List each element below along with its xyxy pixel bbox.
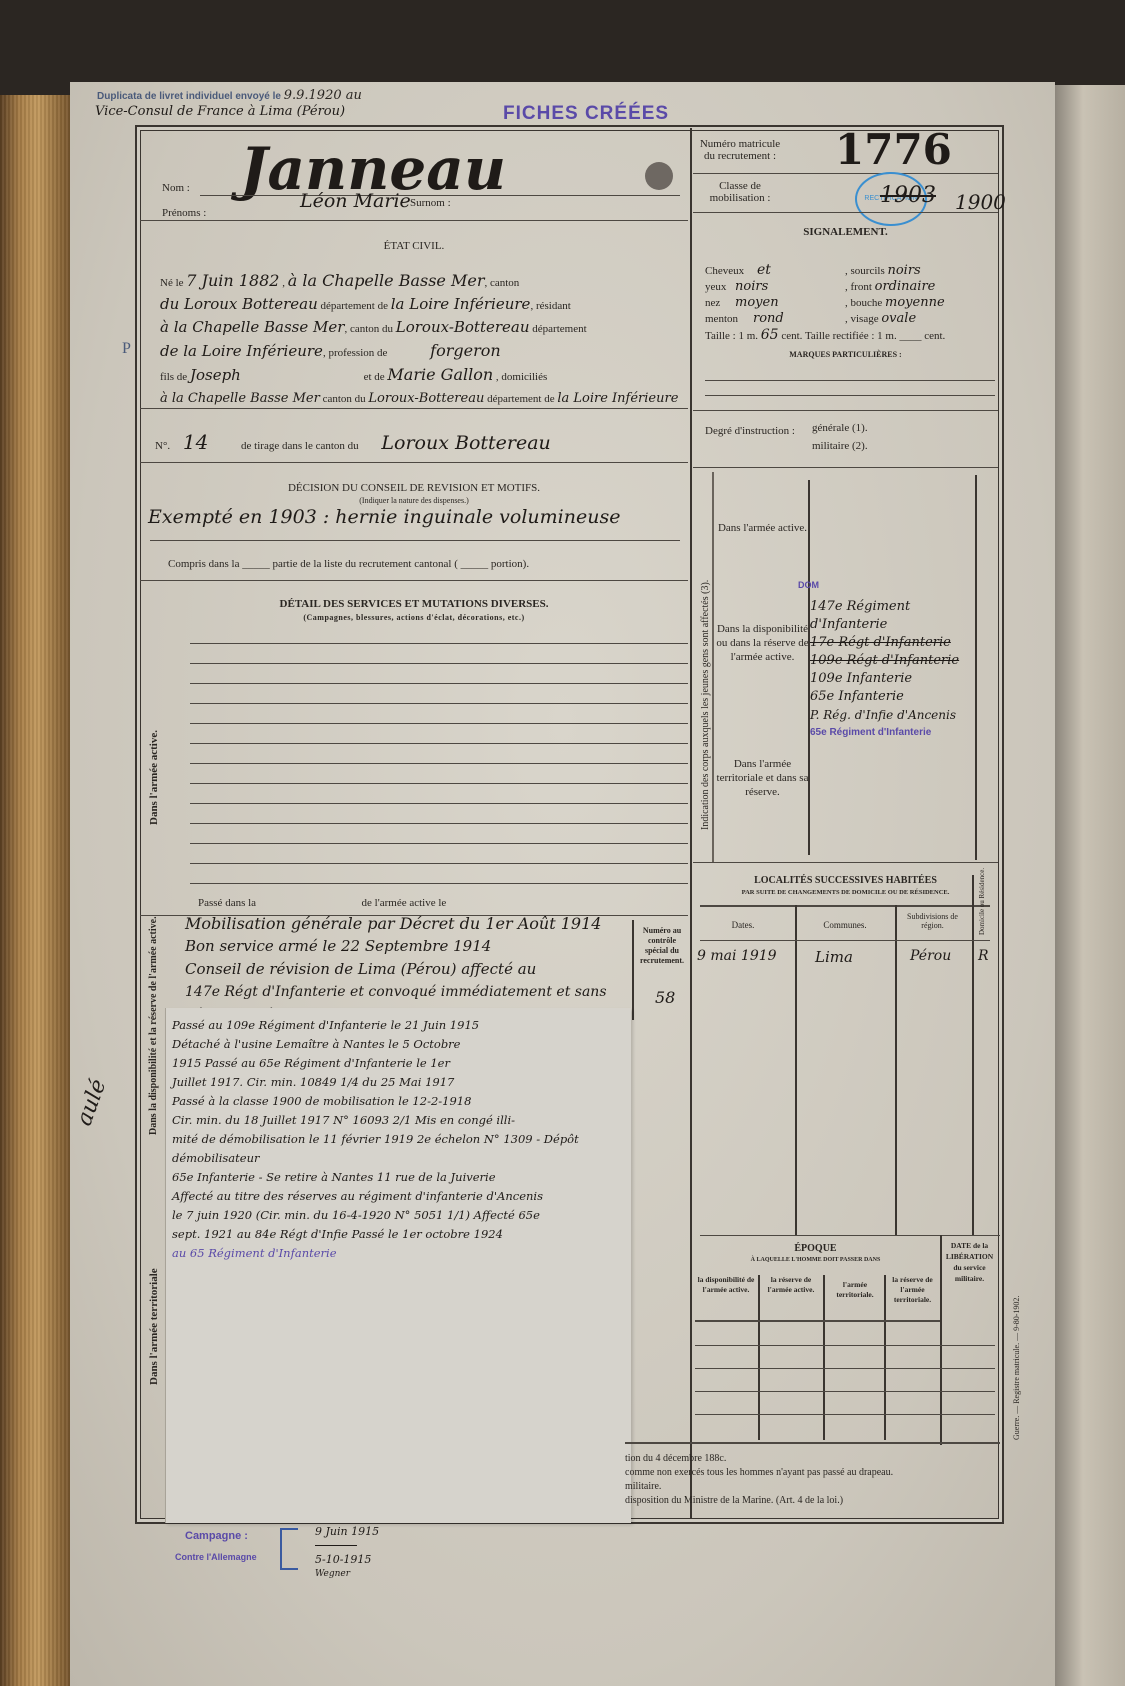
book-edge-left <box>0 95 75 1686</box>
epoque-title: ÉPOQUE <box>693 1243 938 1254</box>
epoque-col-territoriale: l'armée territoriale. <box>825 1280 885 1300</box>
signalement-title: SIGNALEMENT. <box>693 226 998 238</box>
birth-departement: la Loire Inférieure <box>391 295 531 313</box>
epoque-subtitle: À LAQUELLE L'HOMME DOIT PASSER DANS <box>693 1257 938 1263</box>
localites-title: LOCALITÉS SUCCESSIVES HABITÉES <box>693 875 998 886</box>
col-communes: Communes. <box>795 920 895 930</box>
slip-entry: 1915 Passé au 65e Régiment d'Infanterie … <box>172 1054 625 1073</box>
parents-departement: la Loire Inférieure <box>557 391 678 406</box>
side-label-active: Dans l'armée active. <box>148 730 160 825</box>
slip-entry: sept. 1921 au 84e Régt d'Infie Passé le … <box>172 1225 625 1244</box>
printer-imprint: Guerre. — Registre matricule. — 9-80-190… <box>1012 1296 1021 1440</box>
residence-departement: de la Loire Inférieure <box>160 342 323 360</box>
slip-entry: Détaché à l'usine Lemaître à Nantes le 5… <box>172 1035 625 1054</box>
side-label-territoriale: Dans l'armée territoriale <box>148 1268 160 1385</box>
yeux-value: noirs <box>735 279 845 295</box>
profession: forgeron <box>430 341 501 360</box>
front-value: ordinaire <box>875 279 936 294</box>
slip-entry: Passé au 109e Régiment d'Infanterie le 2… <box>172 1016 625 1035</box>
services-title: DÉTAIL DES SERVICES ET MUTATIONS DIVERSE… <box>140 598 688 610</box>
attached-slip: Passé au 109e Régiment d'Infanterie le 2… <box>165 1008 631 1523</box>
parents-residence: à la Chapelle Basse Mer <box>160 391 320 406</box>
footnote: comme non exercés tous les hommes n'ayan… <box>625 1466 893 1480</box>
duplicate-note-printed: Duplicata de livret individuel envoyé le <box>97 91 281 102</box>
father-name: Joseph <box>190 366 241 384</box>
campagne-value: Contre l'Allemagne <box>175 1552 257 1562</box>
tirage-line: N°. 14 de tirage dans le canton du Lorou… <box>155 430 551 454</box>
decision-subtitle: (Indiquer la nature des dispenses.) <box>140 496 688 505</box>
sourcils-value: noirs <box>887 263 920 278</box>
etat-civil-block: Né le 7 Juin 1882 , à la Chapelle Basse … <box>160 270 685 410</box>
passe-line: Passé dans la de l'armée active le <box>198 897 446 909</box>
signalement-block: Cheveuxet, sourcils noirs yeuxnoirs, fro… <box>705 262 995 344</box>
surnom-label: Surnom : <box>410 197 451 209</box>
matricule-value: 1776 <box>835 125 952 174</box>
footnote: tion du 4 décembre 188c. <box>625 1452 893 1466</box>
services-subtitle: (Campagnes, blessures, actions d'éclat, … <box>140 613 688 622</box>
campagne-label: Campagne : <box>185 1530 248 1542</box>
etat-civil-title: ÉTAT CIVIL. <box>140 240 688 252</box>
decision-value: Exempté en 1903 : hernie inguinale volum… <box>148 506 620 528</box>
slip-entry: Juillet 1917. Cir. min. 10849 1/4 du 25 … <box>172 1073 625 1092</box>
footnote: militaire. <box>625 1480 893 1494</box>
dom-stamp: DOM <box>798 580 819 590</box>
birth-date: 7 Juin 1882 <box>186 271 279 290</box>
slip-entry: le 7 juin 1920 (Cir. min. du 16-4-1920 N… <box>172 1206 625 1225</box>
nez-value: moyen <box>735 295 845 311</box>
nom-label: Nom : <box>162 182 190 194</box>
prenoms-value: Léon Marie <box>300 190 411 212</box>
epoque-col-reserve-territoriale: la réserve de l'armée territoriale. <box>885 1275 940 1305</box>
footnote: disposition du Ministre de la Marine. (A… <box>625 1494 893 1508</box>
taille-value: 65 <box>761 327 779 343</box>
reserve-entry: P. Rég. d'Infie d'Ancenis <box>810 706 980 724</box>
col-dates: Dates. <box>693 920 793 930</box>
localite-date: 9 mai 1919 <box>697 948 777 964</box>
instruction-generale: générale (1). <box>812 422 868 434</box>
affectations-side-label: Indication des corps auxquels les jeunes… <box>700 580 711 830</box>
tirage-number: 14 <box>183 430 208 454</box>
epoque-col-disponibilite: la disponibilité de l'armée active. <box>695 1275 757 1295</box>
bouche-value: moyenne <box>885 295 945 310</box>
slip-entries: Passé au 109e Régiment d'Infanterie le 2… <box>166 1008 631 1271</box>
book-edge-right <box>1055 85 1125 1686</box>
controle-label: Numéro au contrôle spécial du recrutemen… <box>636 926 688 966</box>
col-domicile: Domicile ou Résidence. <box>978 868 986 935</box>
service-entry: Mobilisation générale par Décret du 1er … <box>185 912 635 935</box>
col-subdivisions: Subdivisions de région. <box>895 912 970 930</box>
marques-label: MARQUES PARTICULIÈRES : <box>693 350 998 359</box>
side-label-disponibilite: Dans la disponibilité et la réserve de l… <box>148 916 159 1135</box>
controle-value: 58 <box>655 988 675 1007</box>
residence: à la Chapelle Basse Mer <box>160 318 344 336</box>
instruction-label: Degré d'instruction : <box>705 425 795 437</box>
localites-subtitle: PAR SUITE DE CHANGEMENTS DE DOMICILE OU … <box>693 889 998 896</box>
reserve-entry: 65e Régiment d'Infanterie <box>810 724 980 742</box>
slip-entry: 65e Infanterie - Se retire à Nantes 11 r… <box>172 1168 625 1187</box>
reserve-entry-struck: 109e Régt d'Infanterie <box>810 652 980 670</box>
campagne-date-end: 5-10-1915 <box>315 1553 379 1567</box>
affect-reserve-entries: 147e Régiment d'Infanterie 17e Régt d'In… <box>810 598 980 742</box>
footnotes: tion du 4 décembre 188c. comme non exerc… <box>625 1452 893 1508</box>
visage-value: ovale <box>881 311 916 326</box>
duplicate-note: Duplicata de livret individuel envoyé le… <box>97 88 362 103</box>
parents-canton: Loroux-Bottereau <box>368 391 484 406</box>
tirage-canton: Loroux Bottereau <box>381 432 550 454</box>
fiches-creees-stamp: FICHES CRÉÉES <box>503 103 669 125</box>
reserve-entry: 147e Régiment d'Infanterie <box>810 598 980 634</box>
duplicate-note-date: 9.9.1920 au <box>284 88 362 103</box>
compris-line: Compris dans la _____ partie de la liste… <box>168 558 529 570</box>
menton-value: rond <box>753 311 845 327</box>
prenoms-label: Prénoms : <box>162 207 206 219</box>
campagne-signature: Wegner <box>315 1567 379 1581</box>
localite-subdivision: Pérou <box>910 948 951 964</box>
campagne-bracket <box>280 1528 298 1570</box>
affect-territoriale-label: Dans l'armée territoriale et dans sa rés… <box>715 757 810 799</box>
reserve-entry: 109e Infanterie <box>810 670 980 688</box>
affect-reserve-label: Dans la disponibilité ou dans la réserve… <box>715 622 810 664</box>
slip-entry: Affecté au titre des réserves au régimen… <box>172 1187 625 1206</box>
classe-value: 1900 <box>955 190 1006 214</box>
reserve-entry-struck: 17e Régt d'Infanterie <box>810 634 980 652</box>
instruction-militaire: militaire (2). <box>812 440 868 452</box>
slip-entry: Passé à la classe 1900 de mobilisation l… <box>172 1092 625 1111</box>
localite-commune: Lima <box>815 948 853 966</box>
classe-label: Classe de mobilisation : <box>695 180 785 204</box>
slip-entry: Cir. min. du 18 Juillet 1917 N° 16093 2/… <box>172 1111 625 1130</box>
cheveux-value: et <box>757 262 845 278</box>
slip-entry: mité de démobilisation le 11 février 191… <box>172 1130 625 1168</box>
residence-canton: Loroux-Bottereau <box>396 318 530 336</box>
epoque-col-reserve-active: la réserve de l'armée active. <box>760 1275 822 1295</box>
service-entry: Conseil de révision de Lima (Pérou) affe… <box>185 958 635 981</box>
campagne-dates: 9 Juin 1915 5-10-1915 Wegner <box>315 1525 379 1581</box>
decision-title: DÉCISION DU CONSEIL DE REVISION ET MOTIF… <box>140 482 688 494</box>
column-divider <box>690 128 692 1518</box>
reserve-entry: 65e Infanterie <box>810 688 980 706</box>
matricule-label: Numéro matricule du recrutement : <box>695 138 785 162</box>
birth-canton: du Loroux Bottereau <box>160 295 318 313</box>
birth-place: à la Chapelle Basse Mer <box>288 271 485 290</box>
localite-dr: R <box>978 948 989 964</box>
campagne-date-start: 9 Juin 1915 <box>315 1525 379 1539</box>
margin-letter: P <box>122 340 131 358</box>
ink-spot <box>645 162 673 190</box>
affect-active-label: Dans l'armée active. <box>715 522 810 534</box>
service-entry: Bon service armé le 22 Septembre 1914 <box>185 935 635 958</box>
classe-struck: 1903 <box>880 183 936 208</box>
mother-name: Marie Gallon <box>387 365 493 384</box>
duplicate-note-recipient: Vice-Consul de France à Lima (Pérou) <box>95 104 345 119</box>
liberation-label: DATE de la LIBÉRATION du service militai… <box>942 1240 997 1284</box>
slip-entry: au 65 Régiment d'Infanterie <box>172 1244 625 1263</box>
